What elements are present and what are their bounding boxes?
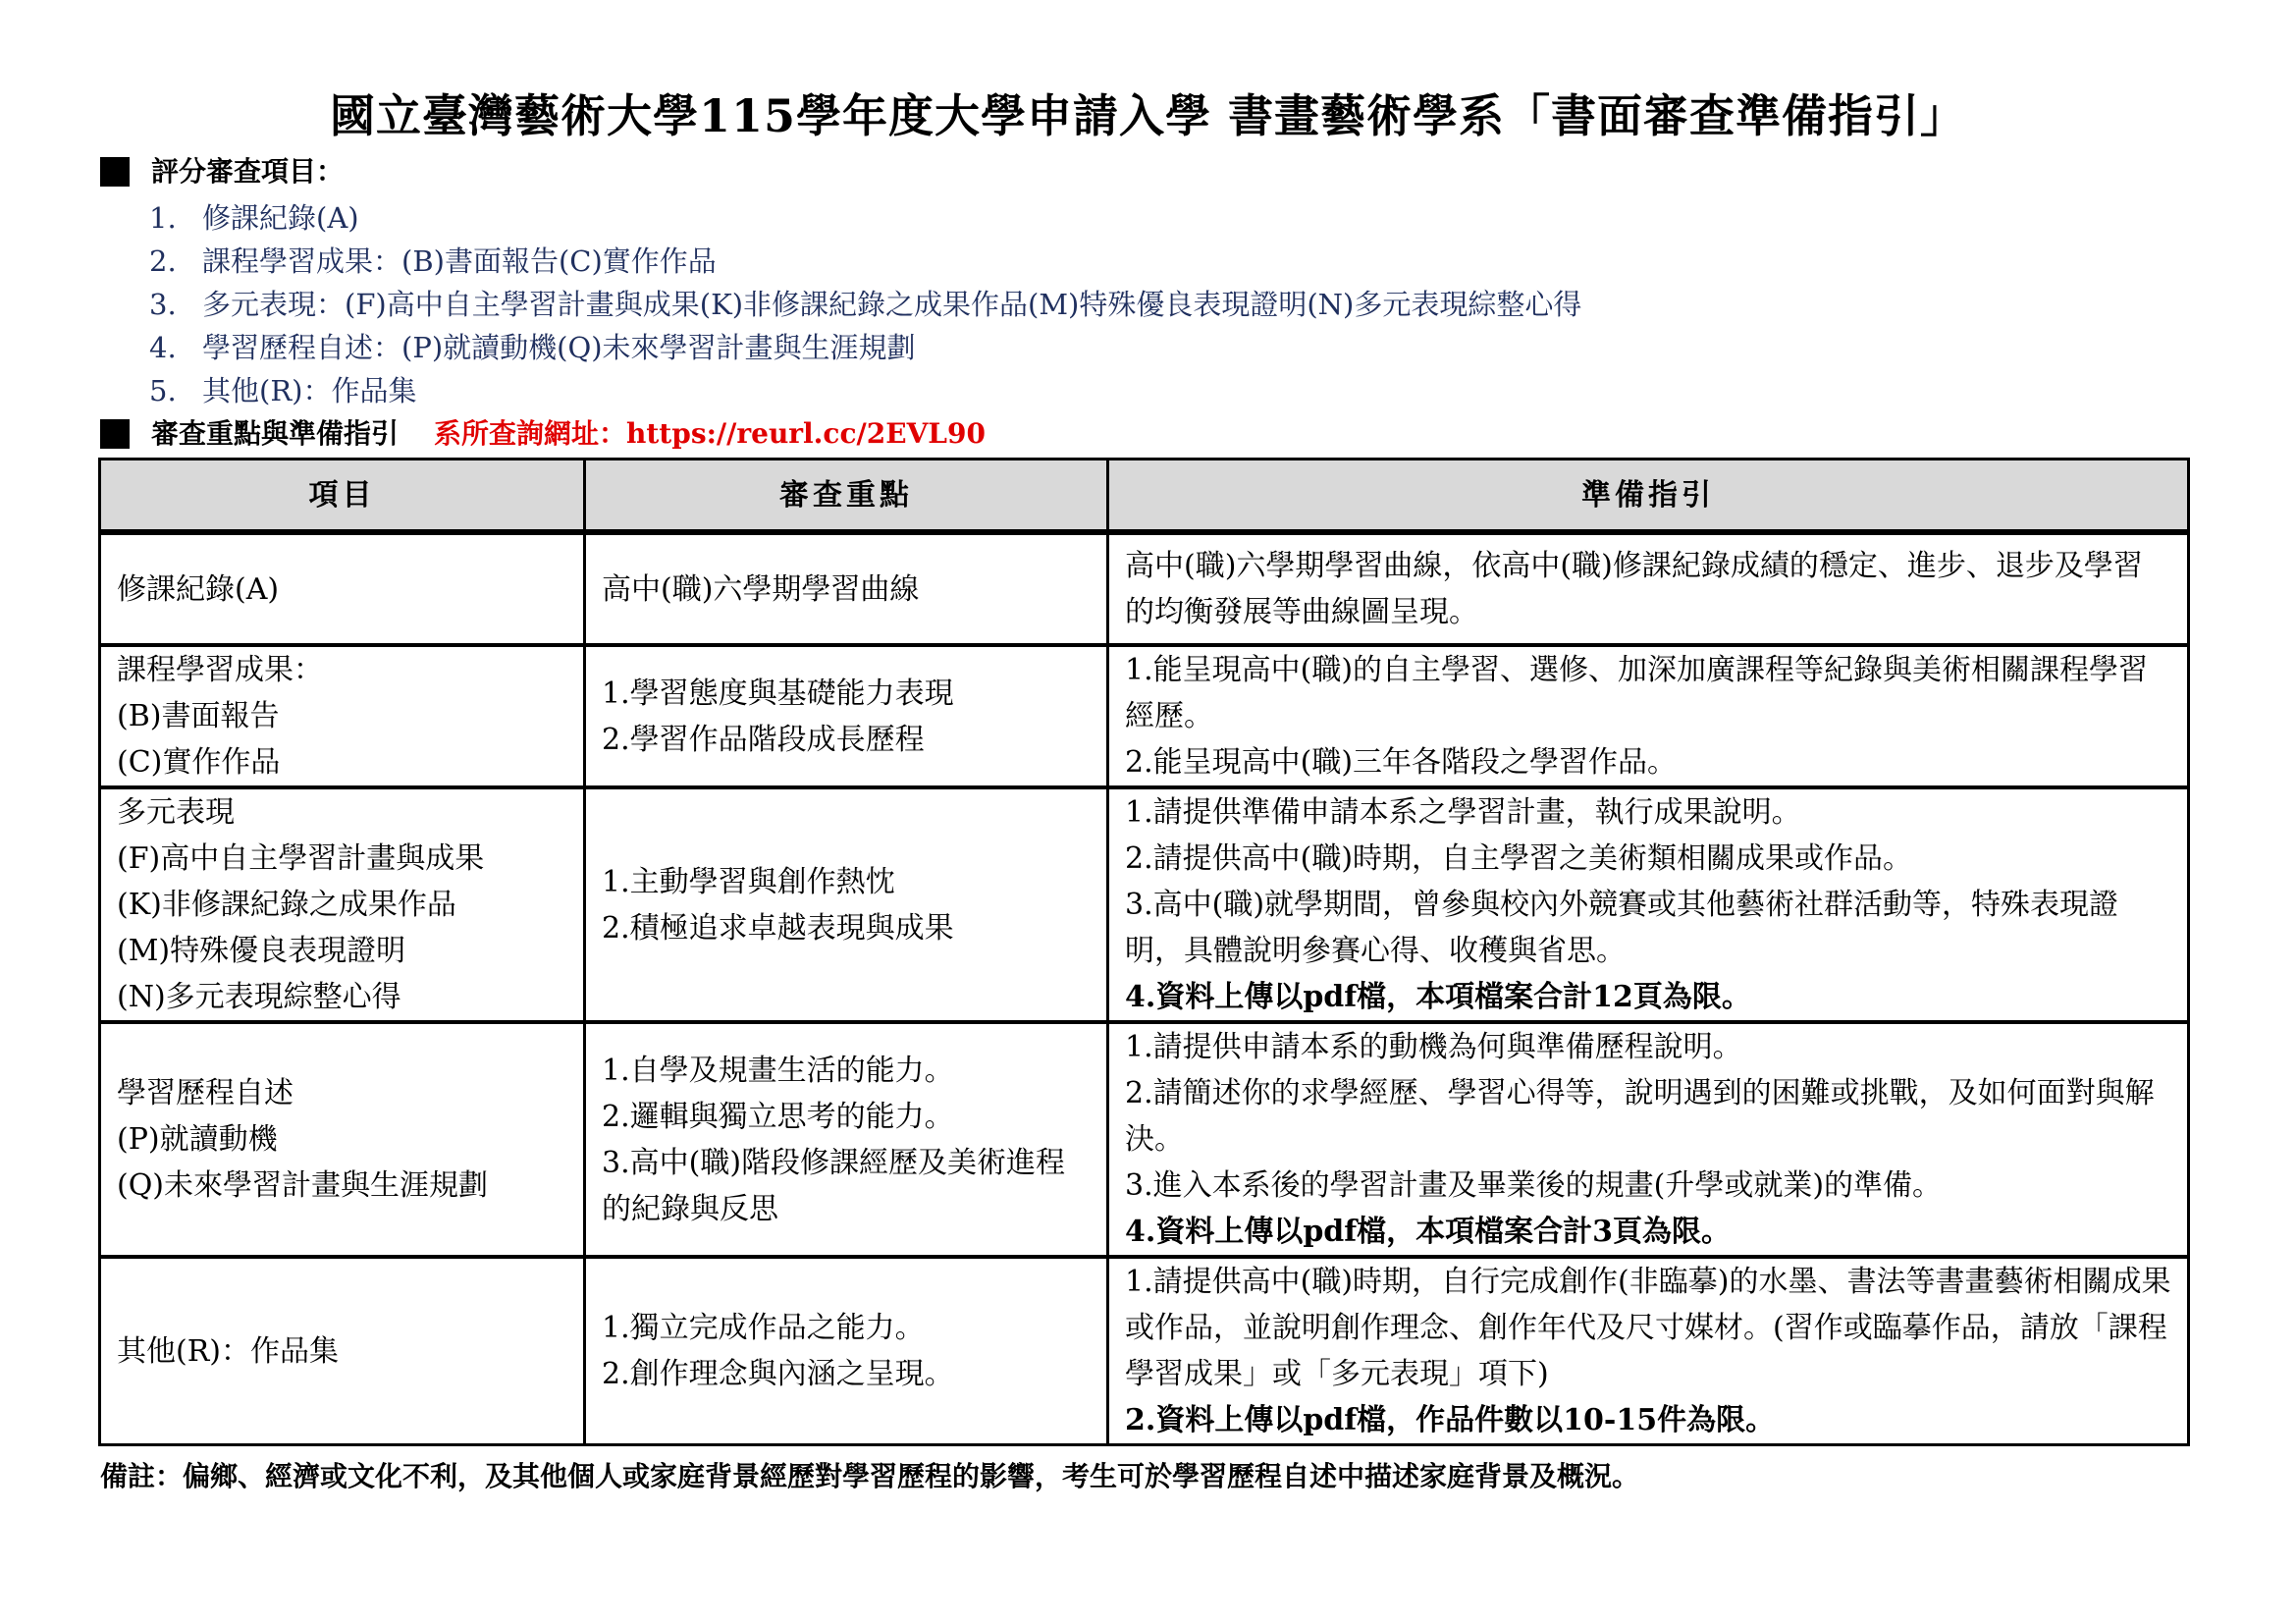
cell-line: 1.請提供申請本系的動機為何與準備歷程說明。 xyxy=(1125,1024,2171,1070)
cell-line: (M)特殊優良表現證明 xyxy=(117,928,567,974)
list-item: 3.多元表現：(F)高中自主學習計畫與成果(K)非修課紀錄之成果作品(M)特殊優… xyxy=(149,283,1581,326)
cell-line: 1.自學及規畫生活的能力。 xyxy=(602,1048,1091,1094)
cell-line: (K)非修課紀錄之成果作品 xyxy=(117,882,567,928)
cell-line: 1.學習態度與基礎能力表現 xyxy=(602,671,1091,717)
cell-line: 2.邏輯與獨立思考的能力。 xyxy=(602,1094,1091,1140)
cell-line: 1.請提供準備申請本系之學習計畫，執行成果說明。 xyxy=(1125,789,2171,836)
list-item-number: 5. xyxy=(149,369,202,412)
cell-item: 修課紀錄(A) xyxy=(100,532,585,645)
scoring-items-list: 1.修課紀錄(A) 2.課程學習成果：(B)書面報告(C)實作作品 3.多元表現… xyxy=(149,196,1581,412)
footnote: 備註：偏鄉、經濟或文化不利，及其他個人或家庭背景經歷對學習歷程的影響，考生可於學… xyxy=(100,1457,1639,1496)
cell-line: 2.請提供高中(職)時期，自主學習之美術類相關成果或作品。 xyxy=(1125,836,2171,882)
cell-focus: 1.學習態度與基礎能力表現 2.學習作品階段成長歷程 xyxy=(585,645,1108,787)
table-row: 其他(R)：作品集 1.獨立完成作品之能力。 2.創作理念與內涵之呈現。 1.請… xyxy=(100,1257,2189,1445)
cell-guide: 1.請提供申請本系的動機為何與準備歷程說明。 2.請簡述你的求學經歷、學習心得等… xyxy=(1108,1022,2189,1257)
black-square-bullet-icon xyxy=(100,157,130,187)
cell-line: 1.主動學習與創作熱忱 xyxy=(602,859,1091,905)
review-guide-table: 項目 審查重點 準備指引 修課紀錄(A) 高中(職)六學期學習曲線 高中(職)六… xyxy=(98,458,2190,1446)
cell-guide: 1.能呈現高中(職)的自主學習、選修、加深加廣課程等紀錄與美術相關課程學習經歷。… xyxy=(1108,645,2189,787)
cell-line: 3.高中(職)階段修課經歷及美術進程的紀錄與反思 xyxy=(602,1140,1091,1232)
cell-line-emphasis: 4.資料上傳以pdf檔，本項檔案合計3頁為限。 xyxy=(1125,1209,2171,1255)
list-item-text: 修課紀錄(A) xyxy=(202,196,359,240)
cell-line: 高中(職)六學期學習曲線 xyxy=(602,567,1091,613)
cell-line: 1.能呈現高中(職)的自主學習、選修、加深加廣課程等紀錄與美術相關課程學習經歷。 xyxy=(1125,647,2171,739)
list-item-number: 3. xyxy=(149,283,202,326)
cell-line: (P)就讀動機 xyxy=(117,1116,567,1163)
cell-line: 2.學習作品階段成長歷程 xyxy=(602,717,1091,763)
table-row: 修課紀錄(A) 高中(職)六學期學習曲線 高中(職)六學期學習曲線，依高中(職)… xyxy=(100,532,2189,645)
cell-item: 多元表現 (F)高中自主學習計畫與成果 (K)非修課紀錄之成果作品 (M)特殊優… xyxy=(100,787,585,1022)
table-row: 學習歷程自述 (P)就讀動機 (Q)未來學習計畫與生涯規劃 1.自學及規畫生活的… xyxy=(100,1022,2189,1257)
header-item: 項目 xyxy=(100,460,585,533)
cell-line: 2.能呈現高中(職)三年各階段之學習作品。 xyxy=(1125,739,2171,785)
section-heading-text: 評分審查項目： xyxy=(151,152,344,191)
list-item-number: 1. xyxy=(149,196,202,240)
list-item-text: 課程學習成果：(B)書面報告(C)實作作品 xyxy=(202,240,717,283)
cell-focus: 1.主動學習與創作熱忱 2.積極追求卓越表現與成果 xyxy=(585,787,1108,1022)
cell-line: 3.進入本系後的學習計畫及畢業後的規畫(升學或就業)的準備。 xyxy=(1125,1163,2171,1209)
cell-guide: 高中(職)六學期學習曲線，依高中(職)修課紀錄成績的穩定、進步、退步及學習的均衡… xyxy=(1108,532,2189,645)
cell-item: 學習歷程自述 (P)就讀動機 (Q)未來學習計畫與生涯規劃 xyxy=(100,1022,585,1257)
cell-item: 其他(R)：作品集 xyxy=(100,1257,585,1445)
cell-line: 高中(職)六學期學習曲線，依高中(職)修課紀錄成績的穩定、進步、退步及學習的均衡… xyxy=(1125,543,2171,635)
cell-line-emphasis: 2.資料上傳以pdf檔，作品件數以10-15件為限。 xyxy=(1125,1397,2171,1443)
cell-line: 其他(R)：作品集 xyxy=(117,1328,567,1375)
cell-line: 學習歷程自述 xyxy=(117,1070,567,1116)
list-item-number: 4. xyxy=(149,326,202,369)
list-item: 4.學習歷程自述：(P)就讀動機(Q)未來學習計畫與生涯規劃 xyxy=(149,326,1581,369)
cell-line: 多元表現 xyxy=(117,789,567,836)
list-item: 5.其他(R)：作品集 xyxy=(149,369,1581,412)
list-item-text: 其他(R)：作品集 xyxy=(202,369,416,412)
header-preparation-guide: 準備指引 xyxy=(1108,460,2189,533)
document-title: 國立臺灣藝術大學115學年度大學申請入學 書畫藝術學系「書面審查準備指引」 xyxy=(0,84,2296,147)
department-url-link[interactable]: 系所查詢網址：https://reurl.cc/2EVL90 xyxy=(434,414,986,454)
cell-line: 2.創作理念與內涵之呈現。 xyxy=(602,1351,1091,1397)
cell-focus: 1.自學及規畫生活的能力。 2.邏輯與獨立思考的能力。 3.高中(職)階段修課經… xyxy=(585,1022,1108,1257)
cell-line: (N)多元表現綜整心得 xyxy=(117,974,567,1020)
cell-focus: 高中(職)六學期學習曲線 xyxy=(585,532,1108,645)
cell-focus: 1.獨立完成作品之能力。 2.創作理念與內涵之呈現。 xyxy=(585,1257,1108,1445)
cell-line: 3.高中(職)就學期間，曾參與校內外競賽或其他藝術社群活動等，特殊表現證明，具體… xyxy=(1125,882,2171,974)
cell-line: (F)高中自主學習計畫與成果 xyxy=(117,836,567,882)
cell-line-emphasis: 4.資料上傳以pdf檔，本項檔案合計12頁為限。 xyxy=(1125,974,2171,1020)
cell-guide: 1.請提供準備申請本系之學習計畫，執行成果說明。 2.請提供高中(職)時期，自主… xyxy=(1108,787,2189,1022)
section-scoring-items-heading: 評分審查項目： xyxy=(100,152,344,191)
cell-line: 修課紀錄(A) xyxy=(117,567,567,613)
cell-guide: 1.請提供高中(職)時期，自行完成創作(非臨摹)的水墨、書法等書畫藝術相關成果或… xyxy=(1108,1257,2189,1445)
list-item-text: 學習歷程自述：(P)就讀動機(Q)未來學習計畫與生涯規劃 xyxy=(202,326,916,369)
table-header-row: 項目 審查重點 準備指引 xyxy=(100,460,2189,533)
list-item-text: 多元表現：(F)高中自主學習計畫與成果(K)非修課紀錄之成果作品(M)特殊優良表… xyxy=(202,283,1581,326)
table-row: 課程學習成果： (B)書面報告 (C)實作作品 1.學習態度與基礎能力表現 2.… xyxy=(100,645,2189,787)
cell-line: (Q)未來學習計畫與生涯規劃 xyxy=(117,1163,567,1209)
table-row: 多元表現 (F)高中自主學習計畫與成果 (K)非修課紀錄之成果作品 (M)特殊優… xyxy=(100,787,2189,1022)
cell-item: 課程學習成果： (B)書面報告 (C)實作作品 xyxy=(100,645,585,787)
black-square-bullet-icon xyxy=(100,419,130,449)
list-item: 1.修課紀錄(A) xyxy=(149,196,1581,240)
list-item: 2.課程學習成果：(B)書面報告(C)實作作品 xyxy=(149,240,1581,283)
cell-line: (C)實作作品 xyxy=(117,739,567,785)
list-item-number: 2. xyxy=(149,240,202,283)
header-review-focus: 審查重點 xyxy=(585,460,1108,533)
cell-line: (B)書面報告 xyxy=(117,693,567,739)
section-heading-text: 審查重點與準備指引 xyxy=(151,414,399,454)
cell-line: 1.獨立完成作品之能力。 xyxy=(602,1305,1091,1351)
cell-line: 1.請提供高中(職)時期，自行完成創作(非臨摹)的水墨、書法等書畫藝術相關成果或… xyxy=(1125,1259,2171,1397)
cell-line: 課程學習成果： xyxy=(117,647,567,693)
cell-line: 2.請簡述你的求學經歷、學習心得等，說明遇到的困難或挑戰，及如何面對與解決。 xyxy=(1125,1070,2171,1163)
cell-line: 2.積極追求卓越表現與成果 xyxy=(602,905,1091,951)
section-review-guide-heading: 審查重點與準備指引 系所查詢網址：https://reurl.cc/2EVL90 xyxy=(100,414,986,454)
